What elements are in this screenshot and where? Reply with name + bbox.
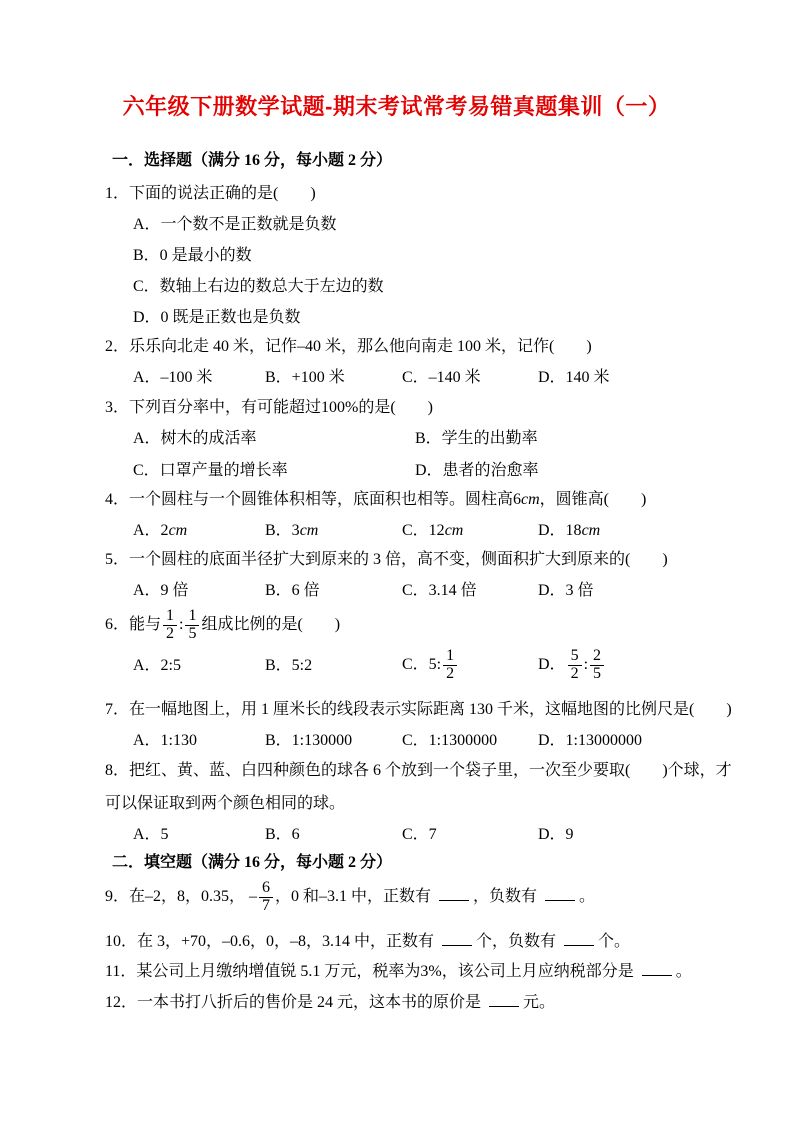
option-b: B．5:2	[265, 656, 402, 675]
section-2-heading: 二．填空题（满分 16 分，每小题 2 分）	[112, 853, 749, 872]
option-c: C．5:12	[402, 648, 538, 683]
option-a: A．树木的成活率	[133, 429, 415, 448]
option-c: C．口罩产量的增长率	[133, 461, 415, 480]
fraction: 12	[443, 648, 457, 683]
question-7-stem: 7．在一幅地图上，用 1 厘米长的线段表示实际距离 130 千米，这幅地图的比例…	[105, 700, 749, 719]
answer-blank	[489, 991, 519, 1007]
option-d: D．1:13000000	[538, 731, 749, 750]
answer-blank	[442, 930, 472, 946]
answer-blank	[564, 930, 594, 946]
option-a: A．1:130	[133, 731, 265, 750]
question-7-options: A．1:130 B．1:130000 C．1:1300000 D．1:13000…	[133, 731, 749, 750]
option-c: C．–140 米	[402, 368, 538, 387]
question-2-options: A．–100 米 B．+100 米 C．–140 米 D．140 米	[133, 368, 749, 387]
fraction: 12	[163, 608, 177, 643]
question-2-stem: 2．乐乐向北走 40 米，记作–40 米，那么他向南走 100 米，记作( )	[105, 337, 749, 356]
question-10-stem: 10．在 3，+70，–0.6，0，–8，3.14 中，正数有 个，负数有 个。	[105, 930, 749, 951]
option-b: B．6 倍	[265, 581, 402, 600]
question-9-stem: 9．在–2，8，0.35， –67，0 和–3.1 中，正数有 ，负数有 。	[105, 880, 749, 915]
question-8-stem-line1: 8．把红、黄、蓝、白四种颜色的球各 6 个放到一个袋子里，一次至少要取( )个球…	[105, 761, 749, 780]
question-1-option-c: C．数轴上右边的数总大于左边的数	[133, 277, 749, 296]
fraction: 15	[185, 608, 199, 643]
option-a: A．2:5	[133, 656, 265, 675]
question-6-options: A．2:5 B．5:2 C．5:12 D．52:25	[133, 648, 749, 683]
fraction: 25	[590, 648, 604, 683]
option-b: B．+100 米	[265, 368, 402, 387]
question-4-options: A．2cm B．3cm C．12cm D．18cm	[133, 521, 749, 540]
option-a: A．2cm	[133, 521, 265, 540]
answer-blank	[642, 960, 672, 976]
option-b: B．1:130000	[265, 731, 402, 750]
section-1-heading: 一．选择题（满分 16 分，每小题 2 分）	[112, 151, 749, 170]
option-d: D．140 米	[538, 368, 749, 387]
option-c: C．12cm	[402, 521, 538, 540]
question-3-stem: 3．下列百分率中，有可能超过100%的是( )	[105, 398, 749, 417]
question-8-options: A．5 B．6 C．7 D．9	[133, 825, 749, 844]
question-1-option-b: B．0 是最小的数	[133, 246, 749, 265]
option-d: D．52:25	[538, 648, 749, 683]
option-b: B．6	[265, 825, 402, 844]
question-1-option-a: A．一个数不是正数就是负数	[133, 215, 749, 234]
option-a: A．–100 米	[133, 368, 265, 387]
option-d: D．3 倍	[538, 581, 749, 600]
answer-blank	[545, 885, 575, 901]
option-a: A．9 倍	[133, 581, 265, 600]
question-1-option-d: D．0 既是正数也是负数	[133, 308, 749, 327]
exam-page: 六年级下册数学试题-期末考试常考易错真题集训（一） 一．选择题（满分 16 分，…	[0, 0, 793, 1122]
question-5-options: A．9 倍 B．6 倍 C．3.14 倍 D．3 倍	[133, 581, 749, 600]
fraction: 52	[568, 648, 582, 683]
question-11-stem: 11．某公司上月缴纳增值锐 5.1 万元，税率为3%，该公司上月应纳税部分是 。	[105, 960, 749, 981]
option-b: B．学生的出勤率	[415, 429, 749, 448]
document-title: 六年级下册数学试题-期末考试常考易错真题集训（一）	[0, 97, 793, 116]
option-c: C．1:1300000	[402, 731, 538, 750]
option-d: D．9	[538, 825, 749, 844]
fraction: 67	[259, 880, 273, 915]
option-c: C．3.14 倍	[402, 581, 538, 600]
option-d: D．患者的治愈率	[415, 461, 749, 480]
question-3-options-cd: C．口罩产量的增长率 D．患者的治愈率	[133, 461, 749, 480]
question-12-stem: 12．一本书打八折后的售价是 24 元，这本书的原价是 元。	[105, 991, 749, 1012]
answer-blank	[439, 885, 469, 901]
question-3-options-ab: A．树木的成活率 B．学生的出勤率	[133, 429, 749, 448]
option-c: C．7	[402, 825, 538, 844]
question-6-stem: 6．能与12:15组成比例的是( )	[105, 608, 749, 643]
question-4-stem: 4．一个圆柱与一个圆锥体积相等，底面积也相等。圆柱高6cm，圆锥高( )	[105, 490, 749, 509]
question-1-stem: 1．下面的说法正确的是( )	[105, 184, 749, 203]
question-5-stem: 5．一个圆柱的底面半径扩大到原来的 3 倍，高不变，侧面积扩大到原来的( )	[105, 550, 749, 569]
option-a: A．5	[133, 825, 265, 844]
question-8-stem-line2: 可以保证取到两个颜色相同的球。	[105, 794, 749, 813]
option-b: B．3cm	[265, 521, 402, 540]
option-d: D．18cm	[538, 521, 749, 540]
